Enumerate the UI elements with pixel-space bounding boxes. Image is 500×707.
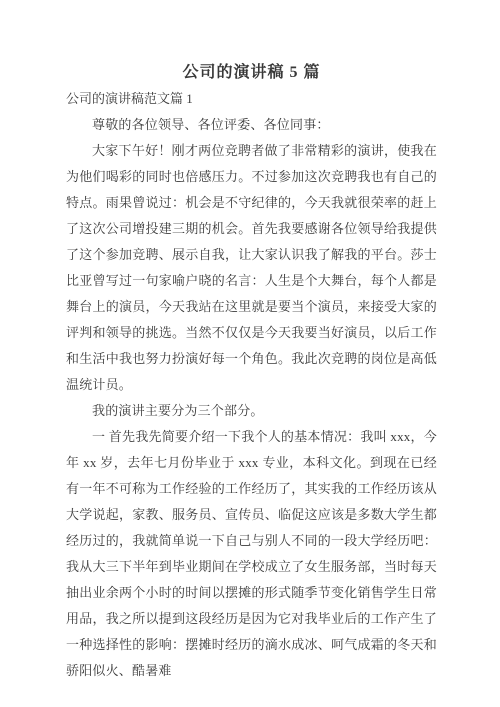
section-heading: 公司的演讲稿范文篇 1 [66, 86, 437, 112]
paragraph: 一 首先我先简要介绍一下我个人的基本情况：我叫 xxx，今年 xx 岁，去年七月… [66, 424, 437, 684]
document-title: 公司的演讲稿 5 篇 [66, 60, 437, 86]
paragraph: 尊敬的各位领导、各位评委、各位同事： [66, 112, 437, 138]
paragraph: 大家下午好！刚才两位竞聘者做了非常精彩的演讲，使我在为他们喝彩的同时也倍感压力。… [66, 138, 437, 398]
document-body: 尊敬的各位领导、各位评委、各位同事：大家下午好！刚才两位竞聘者做了非常精彩的演讲… [66, 112, 437, 684]
document-page: 公司的演讲稿 5 篇 公司的演讲稿范文篇 1 尊敬的各位领导、各位评委、各位同事… [0, 0, 500, 707]
paragraph: 我的演讲主要分为三个部分。 [66, 398, 437, 424]
